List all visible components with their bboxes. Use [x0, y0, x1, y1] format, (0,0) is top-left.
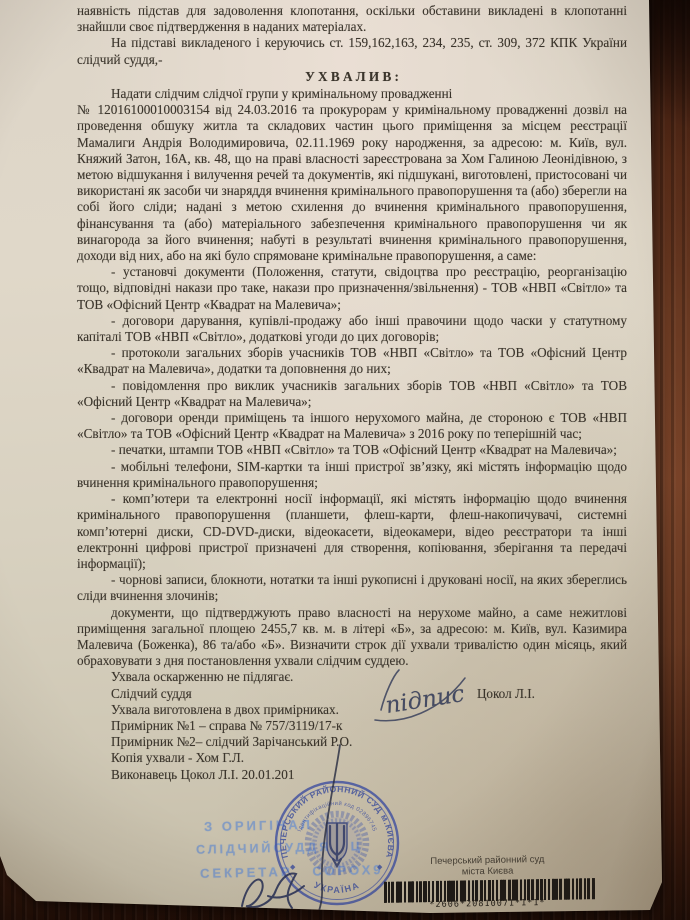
- certification-stamp-line: СЕКРЕТАР СОРОХ9: [200, 862, 384, 881]
- seal-rosette-ring: [308, 814, 366, 872]
- seal-rosette-fill: [311, 817, 363, 869]
- paragraph-no-appeal: Ухвала оскарженню не підлягає.: [77, 669, 627, 685]
- ruling-heading: У Х В А Л И В :: [77, 69, 627, 85]
- list-item: - повідомлення про виклик учасників зага…: [77, 378, 627, 410]
- judge-signature-row: Слідчий суддя Цокол Л.І. підпис: [77, 686, 627, 702]
- svg-text:УКРАЇНА: УКРАЇНА: [313, 880, 362, 895]
- certification-stamp-line: СЛІДЧИЙСУДДЯ Ц: [196, 839, 363, 856]
- paragraph-main: № 12016100010003154 від 24.03.2016 та пр…: [77, 102, 627, 264]
- barcode: [384, 878, 595, 903]
- list-item: - договори дарування, купівлі-продажу аб…: [77, 313, 627, 345]
- list-item: - установчі документи (Положення, статут…: [77, 264, 627, 313]
- seal-outer-text: ПЕЧЕРСЬКИЙ РАЙОННИЙ СУД м.КИЄВА: [278, 784, 396, 860]
- seal-rosette-ring: [315, 821, 360, 866]
- seal-outer-ring: [276, 782, 398, 904]
- judge-name: Цокол Л.І.: [477, 686, 535, 702]
- seal-inner-ring: [281, 787, 394, 900]
- barcode-label-line2: міста Києва: [400, 865, 575, 879]
- seal-id-text: Ідентифікаційний код 02896745: [297, 800, 377, 833]
- document-text: наявність підстав для задоволення клопот…: [77, 3, 627, 783]
- paragraph-copy3: Копія ухвали - Хом Г.Л.: [77, 750, 627, 766]
- court-seal: ПЕЧЕРСЬКИЙ РАЙОННИЙ СУД м.КИЄВА Ідентифі…: [272, 779, 402, 909]
- seal-country-text: УКРАЇНА: [313, 880, 362, 895]
- seal-separator-icon: ◆: [290, 863, 296, 871]
- paragraph-copies: Ухвала виготовлена в двох примірниках.: [77, 702, 627, 718]
- barcode-label: Печерський районний суд міста Києва: [400, 854, 575, 878]
- secretary-signature: [238, 866, 310, 916]
- paragraph-copy2: Примірник №2– слідчий Зарічанський Р.О.: [77, 734, 627, 750]
- paper-sheet: наявність підстав для задоволення клопот…: [0, 0, 690, 920]
- list-item: - комп’ютери та електронні носії інформа…: [77, 491, 627, 572]
- paragraph-grant-line: Надати слідчим слідчої групи у криміналь…: [77, 86, 627, 102]
- certification-stamp-line: З ОРИГІНАЛ: [204, 817, 313, 834]
- trident-icon: [327, 823, 347, 866]
- paper-sheet-wrap: наявність підстав для задоволення клопот…: [0, 0, 690, 920]
- seal-separator-icon: ◆: [377, 863, 383, 871]
- list-item: - протоколи загальних зборів учасників Т…: [77, 345, 627, 377]
- judge-label: Слідчий суддя: [77, 686, 192, 702]
- svg-text:Ідентифікаційний код 02896745: Ідентифікаційний код 02896745: [297, 800, 377, 833]
- list-item: - чорнові записи, блокноти, нотатки та і…: [77, 572, 627, 604]
- photo-of-court-ruling: { "document": { "intro_1": "наявність пі…: [0, 0, 690, 920]
- list-item: - мобільні телефони, SIM-картки та інші …: [77, 459, 627, 491]
- pen-stroke: [300, 744, 360, 916]
- list-item: - печатки, штампи ТОВ «НВП «Світло» та Т…: [77, 442, 627, 458]
- handwritten-signature: підпис: [365, 668, 485, 726]
- svg-text:ПЕЧЕРСЬКИЙ РАЙОННИЙ СУД м.КИЄВ: ПЕЧЕРСЬКИЙ РАЙОННИЙ СУД м.КИЄВА: [278, 784, 396, 860]
- list-item: - договори оренди приміщень та іншого не…: [77, 410, 627, 442]
- barcode-number: *2606*20810071*1*1*: [400, 897, 575, 910]
- paragraph-copy1: Примірник №1 – справа № 757/3119/17-к: [77, 718, 627, 734]
- handwritten-word: підпис: [384, 681, 466, 719]
- barcode-label-line1: Печерський районний суд: [400, 854, 575, 868]
- paragraph-executor: Виконавець Цокол Л.І. 20.01.201: [77, 767, 627, 783]
- paragraph-intro-continuation: наявність підстав для задоволення клопот…: [77, 3, 627, 35]
- paragraph-property: документи, що підтверджують право власно…: [77, 605, 627, 670]
- paragraph-legal-basis: На підставі викладеного і керуючись ст. …: [77, 35, 627, 67]
